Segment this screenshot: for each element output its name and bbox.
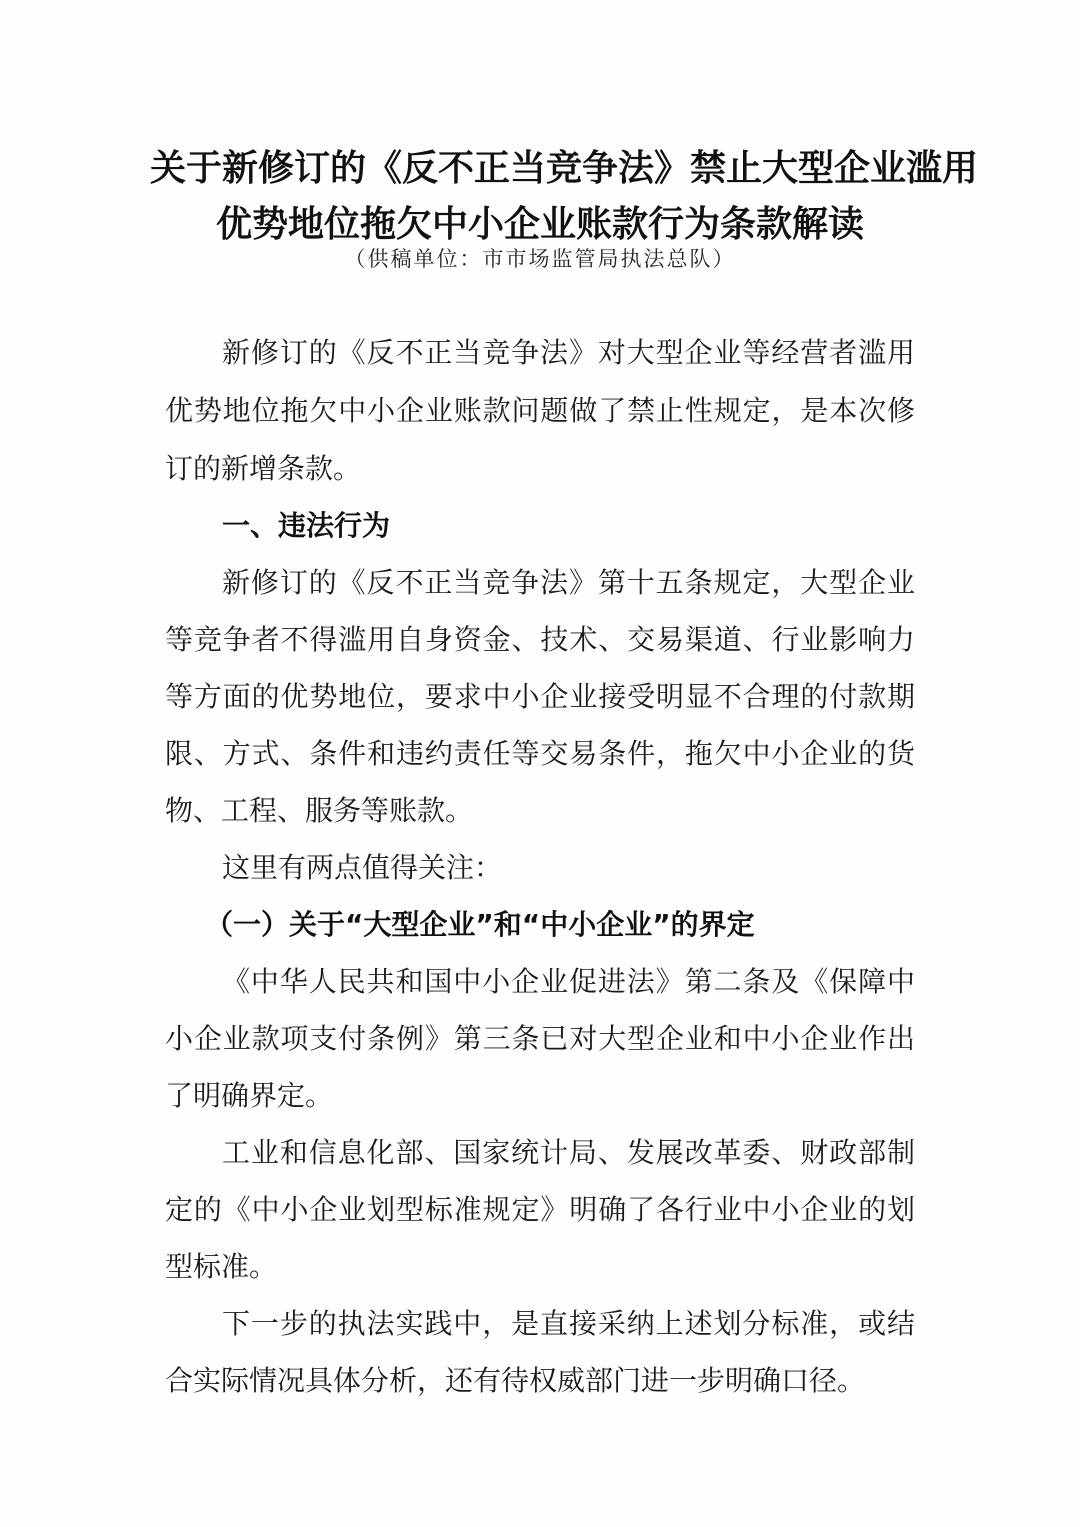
paragraph-line: 等方面的优势地位，要求中小企业接受明显不合理的付款期 [165, 679, 915, 715]
subsection-heading: （一）关于“大型企业”和“中小企业”的界定 [205, 907, 755, 943]
intro-line: 优势地位拖欠中小企业账款问题做了禁止性规定，是本次修 [165, 393, 915, 429]
intro-line: 订的新增条款。 [165, 451, 915, 487]
paragraph-line: 新修订的《反不正当竞争法》第十五条规定，大型企业 [222, 565, 915, 601]
document-title-line-2: 优势地位拖欠中小企业账款行为条款解读 [150, 196, 930, 247]
paragraph-line: 定的《中小企业划型标准规定》明确了各行业中小企业的划 [165, 1192, 915, 1228]
document-page: 关于新修订的《反不正当竞争法》禁止大型企业滥用 优势地位拖欠中小企业账款行为条款… [0, 0, 1080, 1527]
paragraph-line: 下一步的执法实践中，是直接采纳上述划分标准，或结 [222, 1306, 915, 1342]
paragraph-line: 合实际情况具体分析，还有待权威部门进一步明确口径。 [165, 1363, 915, 1399]
paragraph-line: 物、工程、服务等账款。 [165, 793, 915, 829]
section-heading: 一、违法行为 [222, 508, 390, 544]
paragraph-line: 小企业款项支付条例》第三条已对大型企业和中小企业作出 [165, 1021, 915, 1057]
paragraph-line: 限、方式、条件和违约责任等交易条件，拖欠中小企业的货 [165, 736, 915, 772]
intro-line: 新修订的《反不正当竞争法》对大型企业等经营者滥用 [222, 335, 915, 371]
paragraph-line: 了明确界定。 [165, 1078, 915, 1114]
paragraph-line: 等竞争者不得滥用自身资金、技术、交易渠道、行业影响力 [165, 622, 915, 658]
paragraph-line: 《中华人民共和国中小企业促进法》第二条及《保障中 [222, 964, 915, 1000]
document-title-line-1: 关于新修订的《反不正当竞争法》禁止大型企业滥用 [150, 140, 930, 191]
paragraph-line: 型标准。 [165, 1249, 915, 1285]
paragraph-line: 工业和信息化部、国家统计局、发展改革委、财政部制 [222, 1135, 915, 1171]
document-subtitle: （供稿单位：市市场监管局执法总队） [150, 243, 930, 273]
paragraph-line: 这里有两点值得关注： [222, 850, 915, 886]
